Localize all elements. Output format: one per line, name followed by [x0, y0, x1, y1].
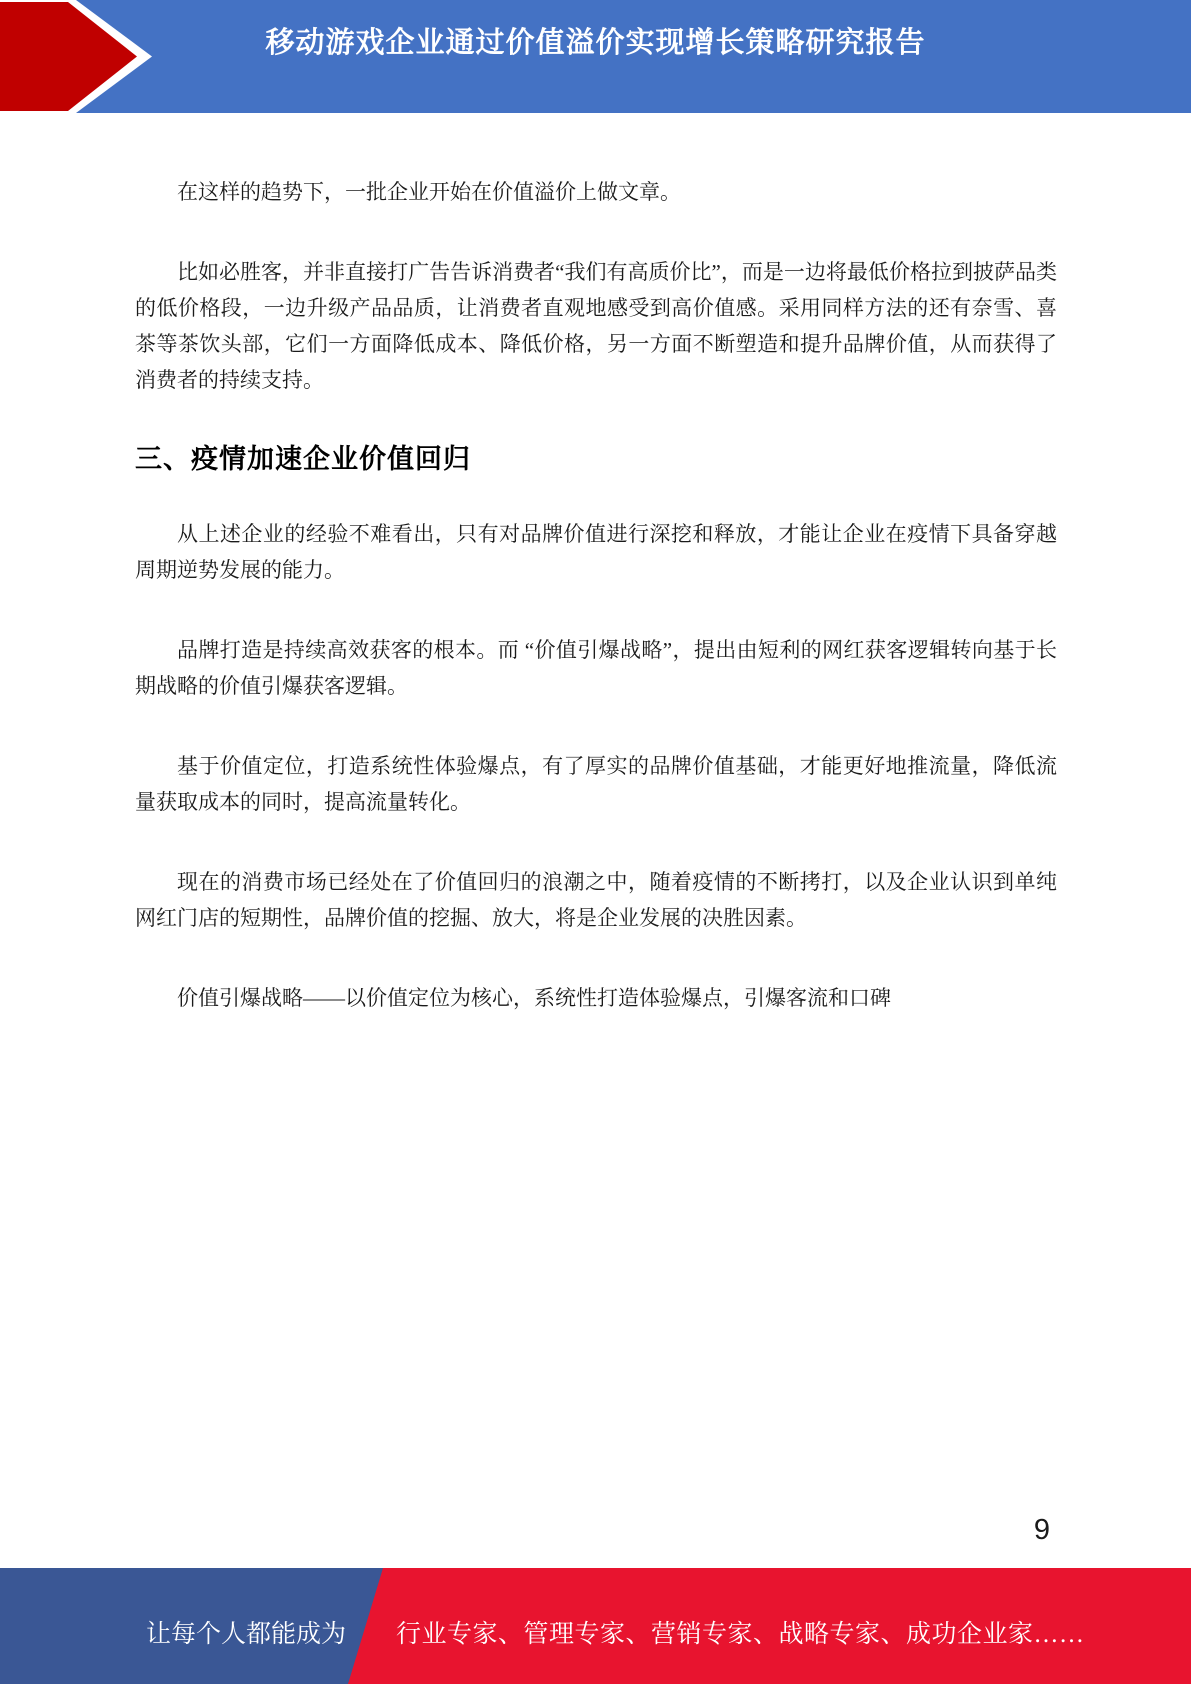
page-title: 移动游戏企业通过价值溢价实现增长策略研究报告	[0, 26, 1191, 60]
paragraph-7: 价值引爆战略——以价值定位为核心，系统性打造体验爆点，引爆客流和口碑	[135, 980, 1057, 1016]
paragraph-1: 在这样的趋势下，一批企业开始在价值溢价上做文章。	[135, 174, 1057, 210]
page-number: 9	[1022, 1514, 1062, 1547]
header-bar: 移动游戏企业通过价值溢价实现增长策略研究报告	[0, 0, 1191, 113]
paragraph-6: 现在的消费市场已经处在了价值回归的浪潮之中，随着疫情的不断拷打，以及企业认识到单…	[135, 864, 1057, 936]
paragraph-3: 从上述企业的经验不难看出，只有对品牌价值进行深挖和释放，才能让企业在疫情下具备穿…	[135, 516, 1057, 588]
paragraph-4: 品牌打造是持续高效获客的根本。而 “价值引爆战略”，提出由短利的网红获客逻辑转向…	[135, 632, 1057, 704]
paragraph-2: 比如必胜客，并非直接打广告告诉消费者“我们有高质价比”，而是一边将最低价格拉到披…	[135, 254, 1057, 398]
footer-banner: 让每个人都能成为 行业专家、管理专家、营销专家、战略专家、成功企业家……	[0, 1568, 1191, 1684]
footer-left-slogan: 让每个人都能成为	[140, 1619, 352, 1651]
section-heading: 三、疫情加速企业价值回归	[135, 442, 1057, 476]
footer-right-slogan: 行业专家、管理专家、营销专家、战略专家、成功企业家……	[396, 1619, 1096, 1651]
document-body: 在这样的趋势下，一批企业开始在价值溢价上做文章。 比如必胜客，并非直接打广告告诉…	[135, 174, 1057, 1060]
paragraph-5: 基于价值定位，打造系统性体验爆点，有了厚实的品牌价值基础，才能更好地推流量，降低…	[135, 748, 1057, 820]
